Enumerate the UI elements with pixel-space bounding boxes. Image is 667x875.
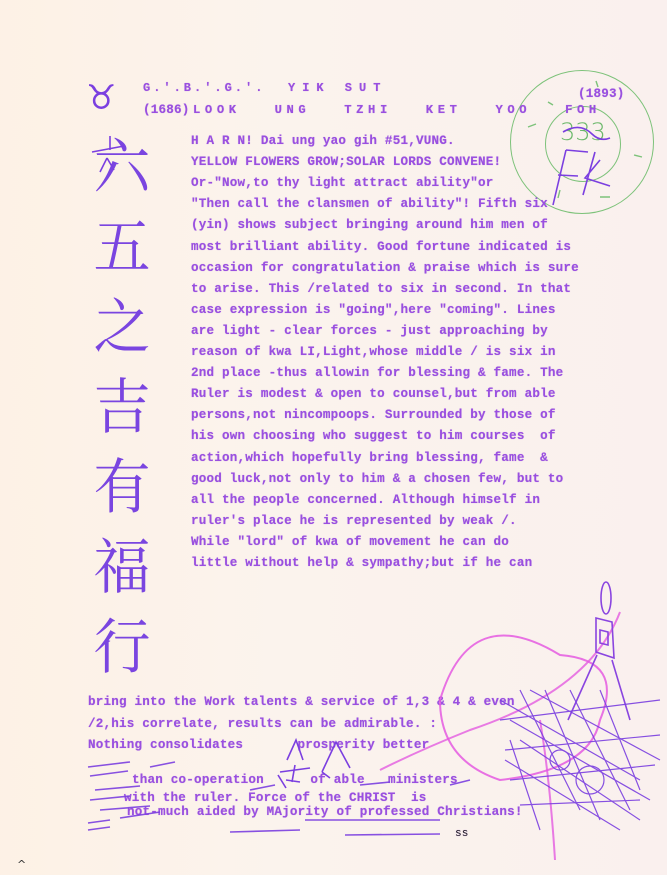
handwritten-figure [278, 740, 350, 788]
six-glyph-strokes [92, 136, 124, 172]
pen-annotations [0, 0, 667, 875]
tower-sketch [568, 582, 630, 720]
typed-document-page: 333 G.'.B.'.G.'. YIK SUT (1893) (1686) L… [0, 0, 667, 875]
stamp-initials-strokes [553, 127, 610, 205]
scribble-net [500, 690, 660, 830]
